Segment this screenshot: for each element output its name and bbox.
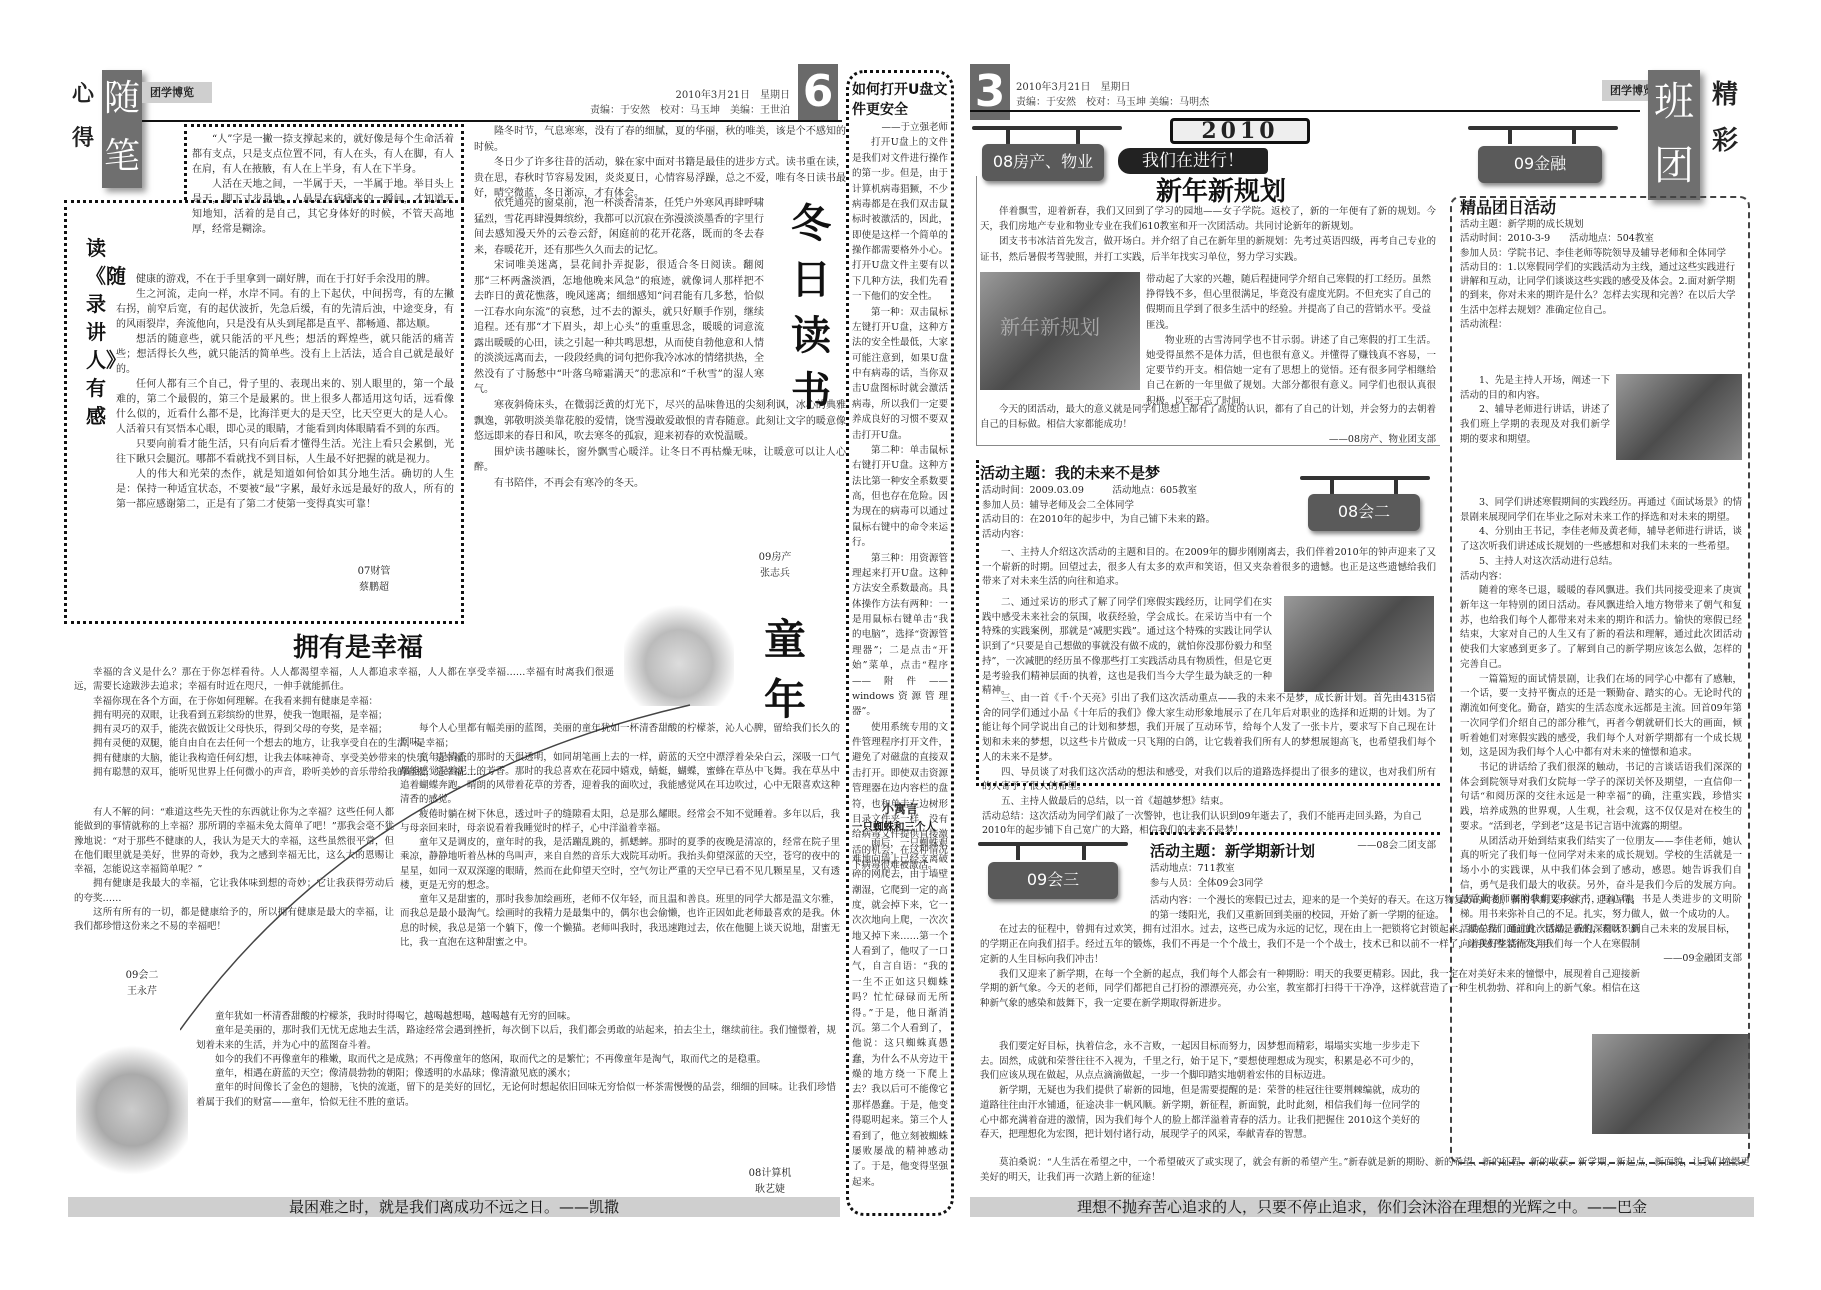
essay2-body-narrow: 依凭通亮的窗桌前，泡一杯淡香清茶，任凭户外寒风再肆呼啸猛烈，雪花再肆漫舞缤纷，我… [474, 196, 764, 398]
essay2-paragraph: 隆冬时节，气息寒寒，没有了春的细腻，夏的华丽，秋的唯美，该是个不感知的时候。 [474, 124, 846, 155]
left-section-tag: 团学博览 [142, 82, 212, 103]
article3-paragraph: 我们要定好目标，执着信念，永不言败，一起因目标而努力，因梦想而精彩，塌塌实实地一… [980, 1040, 1420, 1084]
article4-paragraph: 一篇篇短的面试情景剧，让我们在场的同学心中都有了感触，一个话，要一支持平衡点的还… [1460, 673, 1742, 761]
activity-place: 活动地点：711教室 [1150, 862, 1440, 877]
essay4-paragraph: 如今的我们不再像童年的稚嫩，取而代之是成熟；不再像童年的悠闲，取而代之的是繁忙；… [196, 1053, 836, 1067]
essay4-paragraph: 童年又是调皮的，童年时的我，是活蹦乱跳的，抓蟋蟀。那时的夏季的夜晚是清凉的，经常… [400, 836, 840, 893]
author-name: 蔡鹏超 [344, 580, 404, 596]
middle-article1-paragraph: 打开U盘上的文件是我们对文件进行操作的第一步。但是，由于计算机病毒猖獗，不少病毒… [852, 135, 948, 304]
activity-content-label: 活动内容： [1460, 570, 1742, 585]
article1-paragraph: 伴着飘雪，迎着新春，我们又回到了学习的园地——女子学院。返校了，新的一年便有了新… [980, 204, 1436, 234]
essay1-box: 读《随录讲人》有感 “人”字是一撇一捺支撑起来的，就好像是每个生命活着都有支点，… [64, 124, 464, 624]
article2-paragraph: 三、由一首《千·个天亮》引出了我们这次活动重点——我的未来不是梦，成长新计划。首… [982, 692, 1436, 766]
fable-title: 一只蜘蛛和三个人 [852, 819, 948, 836]
activity-people: 参与人员：全体09会3同学 [1150, 877, 1440, 892]
article1-paragraph: 今天的团活动，最大的意义就是同学们思想上都有了高度的认识，都有了自己的计划，并会… [980, 402, 1436, 432]
issue-date: 2010年3月21日 星期日 [1016, 80, 1256, 95]
article4-steps-lower: 3、同学们讲述寒假期间的实践经历。再通过《面试场景》的情景剧来展现同学们在毕业之… [1460, 496, 1742, 967]
side-char: 心 [72, 72, 96, 116]
sign-label: 09金融 [1478, 146, 1602, 183]
fable-section-label: 小寓言 [852, 800, 948, 819]
editor-credits: 责编：于安然 校对：马玉坤 美编：马明杰 [1016, 95, 1256, 110]
process-step: 3、同学们讲述寒假期间的实践经历。再通过《面试场景》的情景剧来展现同学们在毕业之… [1460, 496, 1742, 525]
article4-time-place: 活动时间：2010-3-9 活动地点：504教室 [1460, 232, 1742, 246]
article1-paragraph: 带动起了大家的兴趣，随后程捷同学介绍自己寒假的打工经历。虽然挣得钱不多，但心里很… [1146, 272, 1436, 333]
article3-body-lower: 我们要定好目标，执着信念，永不言败，一起因目标而努力，因梦想而精彩，塌塌实实地一… [980, 1040, 1420, 1143]
author-class: 07财管 [344, 564, 404, 580]
article3-meta: 活动地点：711教室 参与人员：全体09会3同学 [1150, 862, 1440, 891]
middle-article1-paragraph: 第二种：单击鼠标右键打开U盘。这种方法比第一种安全系数要高，但也存在危险。因为现… [852, 443, 948, 551]
article2-paragraph: 一、主持人介绍这次活动的主题和目的。在2009年的脚步刚刚离去，我们伴着2010… [982, 546, 1436, 590]
essay3-title: 拥有是幸福 [258, 628, 458, 668]
article2-photo [1284, 596, 1434, 692]
activity-place: 活动地点：605教室 [1112, 485, 1197, 496]
process-step: 4、分别由王书记，李佳老师及黄老师，辅导老师进行讲话，谈了这次听我们讲述成长规划… [1460, 525, 1742, 554]
essay4-body: 每个人心里都有幅美丽的蓝图，美丽的童年犹如一杯清香甜酸的柠檬茶，沁人心脾，留给我… [400, 722, 840, 950]
article2-title: 活动主题：我的未来不是梦 [980, 462, 1280, 485]
sign-label: 08会二 [1308, 494, 1420, 531]
process-step: 2、辅导老师进行讲话，讲述了我们班上学期的表现及对我们新学期的要求和期望。 [1460, 403, 1610, 447]
essay1-paragraph: 只要向前看才能生活，只有向后看才懂得生活。光注上看只会累倒，光往下瞅只会腿沉。哪… [116, 437, 454, 467]
article4-paragraph: 随着的寒冬已退，暖暖的春风飘进。我们共同接受迎来了庚寅新年这一年特别的团日活动。… [1460, 584, 1742, 672]
essay4-body-lower: 童年犹如一杯清香甜酸的柠檬茶，我时时得喝它，越喝越想喝，越喝越有无穷的回味。 童… [196, 1010, 836, 1110]
banner-slogan: 我们在进行！ [1142, 151, 1244, 171]
essay1-author: 07财管 蔡鹏超 [344, 564, 404, 595]
essay1-paragraph: 人活在天地之间，一半属于天，一半属于地。举目头上是天，脚下寸步是地，人最是在病痛… [192, 177, 454, 237]
column-title-char: 随 [102, 70, 142, 128]
article1-paragraph: 物业班的古雪涛同学也不甘示弱。讲述了自己寒假的打工生活。她受得虽然不是体力活，但… [1146, 333, 1436, 409]
article4-paragraph: 书记的讲话给了我们很深的触动，书记的言谈话语我们深深的体会到院领导对我们女院每一… [1460, 761, 1742, 835]
essay4-paragraph: 童年是美丽的，那时我们无忧无虑地去生活，路途经常会遇到挫折，每次倒下以后，我们都… [196, 1024, 836, 1053]
essay4-paragraph: 童年，相遇在蔚蓝的天空；像清晨勃勃的朝阳；像透明的水晶球；像清澈见底的溪水； [196, 1067, 836, 1081]
article1-body: 伴着飘雪，迎着新春，我们又回到了学习的园地——女子学院。返校了，新的一年便有了新… [980, 204, 1436, 265]
essay4-paragraph: 童年又是甜蜜的，那时我参加绘画班，老师不仅年轻，而且温和善良。班里的同学大都是温… [400, 893, 840, 950]
activity-purpose: 活动目的：在2010年的起步中，为自己铺下未来的路。 [982, 513, 1282, 528]
activity-place: 活动地点：504教室 [1569, 233, 1654, 244]
right-side-label: 精 彩 [1712, 72, 1742, 164]
author-class: 09房产 [750, 550, 800, 566]
essay1-title: 读《随录讲人》有感 [86, 234, 108, 430]
essay4-paragraph: 童年的时间像长了金色的翅膀，飞快的流逝，留下的是美好的回忆，无论何时想起依旧回味… [196, 1081, 836, 1110]
left-header-rule [142, 120, 842, 122]
right-date-line: 2010年3月21日 星期日 责编：于安然 校对：马玉坤 美编：马明杰 [1016, 80, 1256, 110]
article3-title-border [1150, 832, 1440, 835]
essay4-paragraph: 童年是清香的那时的天很透明，如同胡笔画上去的一样，蔚蓝的天空中漂浮着朵朵白云，深… [400, 751, 840, 808]
article4-photo [1616, 374, 1742, 460]
process-step: 5、主持人对这次活动进行总结。 [1460, 555, 1742, 570]
activity-theme: 活动主题：新学期的成长规划 [1460, 218, 1742, 232]
article2-time-place: 活动时间：2009.03.09 活动地点：605教室 [982, 484, 1282, 499]
left-footer-quote: 最困难之时，就是我们离成功不远之日。——凯撒 [68, 1197, 840, 1217]
middle-article1-byline: ——于立强老师 [852, 120, 948, 135]
essay2-paragraph: 宋词唯美迷离，昙花间扑弄捉影，很适合冬日阅读。翻阅那“三杯两盏淡酒，怎地他晚来风… [474, 258, 764, 398]
article1-body-wrap: 带动起了大家的兴趣，随后程捷同学介绍自己寒假的打工经历。虽然挣得钱不多，但心里很… [1146, 272, 1436, 409]
essay2-paragraph: 围炉读书趣味长，窗外飘雪心暖洋。让冬日不再枯燥无味，让暖意可以让人心醉。 [474, 445, 846, 476]
author-name: 张志兵 [750, 566, 800, 582]
middle-article2: 小寓言 一只蜘蛛和三个人 雨后，一只蜘蛛艰难地向墙上已经支离破碎的网爬去，由于墙… [852, 800, 948, 1190]
essay1-paragraph: 健康的游戏，不在于手里拿到一副好牌，而在于打好手余没用的牌。 [116, 272, 454, 287]
essay2-paragraph: 依凭通亮的窗桌前，泡一杯淡香清茶，任凭户外寒风再肆呼啸猛烈，雪花再肆漫舞缤纷，我… [474, 196, 764, 258]
boy-illustration [76, 1040, 188, 1180]
article2-paragraph: 五、主持人做最后的总结，以一首《超越梦想》结束。 [982, 795, 1436, 810]
essay2-author: 09房产 张志兵 [750, 550, 800, 581]
middle-article1-title: 如何打开U盘文件更安全 [852, 80, 948, 120]
activity-people: 参加人员：学院书记、李佳老师等院领导及辅导老师和全体同学 [1460, 247, 1742, 261]
author-name: 耿艺婕 [740, 1182, 800, 1198]
activity-purpose: 活动目的：1.以寒假同学们的实践活动为主线，通过这些实践进行讲解和互动，让同学们… [1460, 261, 1742, 318]
photo-blackboard-text: 新年新规划 [1000, 312, 1100, 343]
activity-people: 参加人员：辅导老师及会二全体同学 [982, 499, 1282, 514]
article4-signature: ——09金融团支部 [1460, 952, 1742, 967]
article4-meta: 活动主题：新学期的成长规划 活动时间：2010-3-9 活动地点：504教室 参… [1460, 218, 1742, 332]
issue-date: 2010年3月21日 星期日 [560, 88, 790, 103]
middle-article1-paragraph: 第一种：双击鼠标左键打开U盘，这种方法的安全性最低，大家可能注意到，如果U盘中有… [852, 305, 948, 443]
banner-year: 2010 [1201, 118, 1278, 144]
activity-process-label: 活动流程： [1460, 318, 1742, 332]
year-banner: 2010 [1170, 118, 1310, 144]
sign-08-accounting2: 08会二 [1300, 472, 1430, 532]
article1-photo: 新年新规划 [980, 272, 1140, 390]
article2-paragraph: 四、导员谈了对我们这次活动的想法和感受，对我们以后的道路选择提出了很多的建议，也… [982, 766, 1436, 795]
middle-article1-paragraph: 第三种：用资源管理起来打开U盘。这种方法安全系数最高。具体操作方法有两种：一是用… [852, 551, 948, 720]
article4-summary: 活动总结：通过此次活动，我们深刻认识到自己未来的发展目标，向着美好生活而飞翔！ [1460, 923, 1742, 952]
essay4-title: 童年 [760, 610, 810, 730]
article1-paragraph: 团支书韦冰洁首先发言，做开场白。并介绍了自己在新年里的新规划：先考过英语四级，再… [980, 234, 1436, 264]
article3-paragraph: 新学期，无疑也为我们提供了崭新的园地，但是需要提醒的是：荣誉的桂冠往往要荆棘编就… [980, 1084, 1420, 1143]
column-title-char: 班 [1648, 70, 1700, 134]
middle-article1: 如何打开U盘文件更安全 ——于立强老师 打开U盘上的文件是我们对文件进行操作的第… [852, 80, 948, 873]
essay2-body: 隆冬时节，气息寒寒，没有了春的细腻，夏的华丽，秋的唯美，该是个不感知的时候。 冬… [474, 124, 846, 202]
page-number-6: 6 [798, 64, 838, 120]
sign-09-finance: 09金融 [1468, 118, 1618, 192]
essay4-paragraph: 疲倦时躺在树下休息，透过叶子的缝隙看太阳，总是那么耀眼。经常会不知不觉睡着。多年… [400, 808, 840, 837]
activity-time: 活动时间：2010-3-9 [1460, 233, 1550, 244]
activity-content-label: 活动内容： [982, 528, 1282, 543]
side-char: 彩 [1712, 118, 1742, 164]
activity-time: 活动时间：2009.03.09 [982, 485, 1084, 496]
article1-signature: ——08房产、物业团支部 [980, 432, 1436, 447]
article4-paragraph: 从团活动开始到结束我们结实了一位朋友——李佳老师，她认真的听完了我们每一位同学对… [1460, 835, 1742, 923]
essay1-body: “人”字是一撇一捺支撑起来的，就好像是每个生命活着都有支点，只是支点位置不同，有… [192, 132, 454, 237]
article2-body-narrow: 二、通过采访的形式了解了同学们寒假实践经历，让同学们在实践中感受未来社会的氛围，… [982, 596, 1272, 699]
essay1-paragraph: “人”字是一撇一捺支撑起来的，就好像是每个生命活着都有支点，只是支点位置不同，有… [192, 132, 454, 177]
essay1-paragraph: 想活的随意些，就只能活的平凡些；想活的辉煌些，就只能活的痛苦些；想活得长久些，就… [116, 332, 454, 377]
right-header-rule [970, 110, 1640, 112]
essay3-paragraph: 幸福的含义是什么？那在于你怎样看待。人人都渴望幸福，人人都追求幸福，人人都在享受… [74, 666, 614, 695]
essay2-paragraph: 有书陪伴，不再会有寒冷的冬天。 [474, 476, 846, 492]
article3-title: 活动主题：新学期新计划 [1150, 840, 1440, 863]
article2-meta: 活动时间：2009.03.09 活动地点：605教室 参加人员：辅导老师及会二全… [982, 484, 1282, 543]
article4-steps: 1、先是主持人开场，阐述一下活动的目的和内容。 2、辅导老师进行讲话，讲述了我们… [1460, 374, 1610, 448]
article2-body-lower: 三、由一首《千·个天亮》引出了我们这次活动重点——我的未来不是梦，成长新计划。首… [982, 692, 1436, 854]
fable-paragraph: 雨后，一只蜘蛛艰难地向墙上已经支离破碎的网爬去，由于墙壁潮湿，它爬到一定的高度，… [852, 836, 948, 1190]
essay3-author: 09会二 王永芹 [112, 968, 172, 999]
essay1-body-lower: 健康的游戏，不在于手里拿到一副好牌，而在于打好手余没用的牌。 生之河流，走向一样… [116, 272, 454, 512]
article1-body-lower: 今天的团活动，最大的意义就是同学们思想上都有了高度的认识，都有了自己的计划，并会… [980, 402, 1436, 448]
right-footer-quote: 理想不抛弃苦心追求的人，只要不停止追求，你们会沐浴在理想的光辉之中。——巴金 [970, 1197, 1754, 1217]
essay4-paragraph: 每个人心里都有幅美丽的蓝图，美丽的童年犹如一杯清香甜酸的柠檬茶，沁人心脾，留给我… [400, 722, 840, 751]
article2-body: 一、主持人介绍这次活动的主题和目的。在2009年的脚步刚刚离去，我们伴着2010… [982, 546, 1436, 590]
essay2-paragraph: 冬日少了许多往昔的活动，躲在家中面对书籍是最佳的进步方式。读书重在读，贵在思，春… [474, 155, 846, 202]
essay1-paragraph: 生之河流，走向一样，水岸不同。有的上下起伏，中间拐弯，有的左撇右拐，前窄后宽，有… [116, 287, 454, 332]
right-column-title: 班 团 [1648, 70, 1700, 200]
column-title-char: 团 [1648, 134, 1700, 198]
author-class: 09会二 [112, 968, 172, 984]
author-name: 王永芹 [112, 984, 172, 1000]
side-char: 精 [1712, 72, 1742, 118]
article2-paragraph: 二、通过采访的形式了解了同学们寒假实践经历，让同学们在实践中感受未来社会的氛围，… [982, 596, 1272, 699]
left-date-line: 2010年3月21日 星期日 责编：于安然 校对：马玉坤 美编：王世泊 [560, 88, 790, 118]
essay2-title: 冬日读书 [786, 196, 836, 420]
process-step: 1、先是主持人开场，阐述一下活动的目的和内容。 [1460, 374, 1610, 403]
essay1-paragraph: 任何人都有三个自己，骨子里的、表现出来的、别人眼里的，第一个最难的，第二个最假的… [116, 377, 454, 437]
editor-credits: 责编：于安然 校对：马玉坤 美编：王世泊 [560, 103, 790, 118]
slogan-banner: 我们在进行！ [1118, 148, 1268, 174]
girl-illustration [624, 600, 734, 706]
essay1-paragraph: 人的伟大和光荣的杰作，就是知道如何恰如其分地生活。确切的人生是：保持一种适宜状态… [116, 467, 454, 512]
author-class: 08计算机 [740, 1166, 800, 1182]
essay4-paragraph: 童年犹如一杯清香甜酸的柠檬茶，我时时得喝它，越喝越想喝，越喝越有无穷的回味。 [196, 1010, 836, 1024]
essay4-author: 08计算机 耿艺婕 [740, 1166, 800, 1197]
